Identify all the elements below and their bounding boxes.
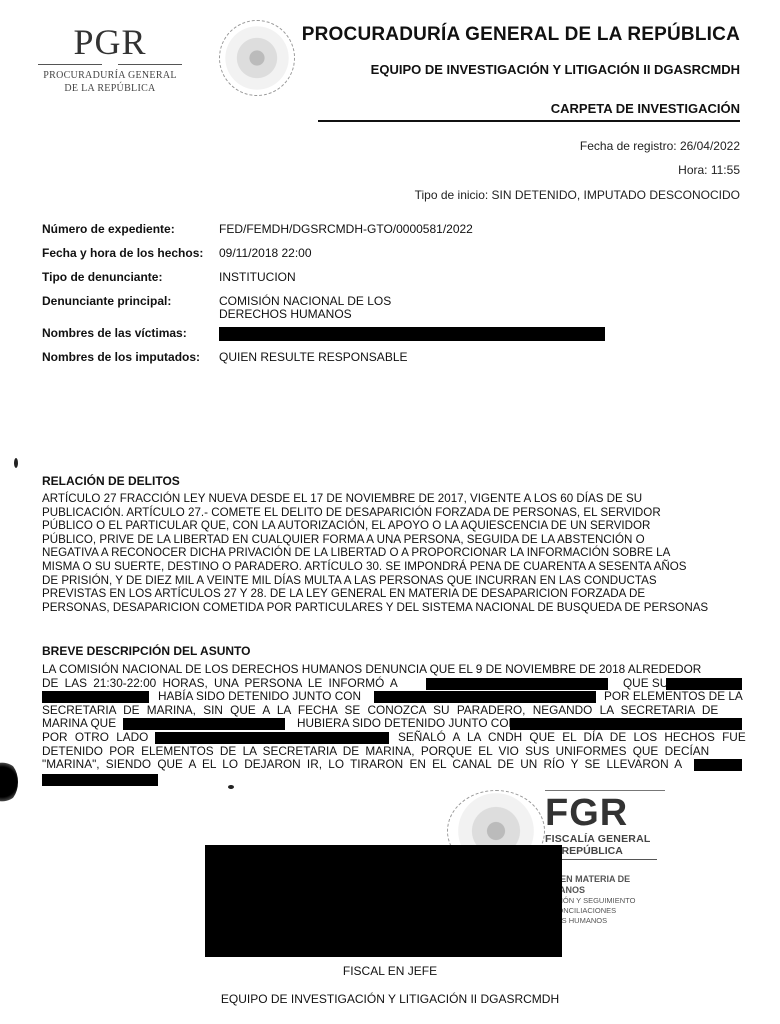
scan-artifact	[0, 760, 18, 804]
redaction-box	[426, 678, 608, 690]
paragraph-line: PÚBLICO O EL PARTICULAR QUE, CON LA AUTO…	[42, 519, 742, 533]
paragraph-line: "MARINA", SIENDO QUE A EL LO DEJARON IR,…	[42, 758, 742, 772]
pgr-logo-initials: PGR	[38, 22, 182, 62]
section-title-delitos: RELACIÓN DE DELITOS	[42, 474, 180, 488]
meta-row-fecha-hechos: Fecha y hora de los hechos: 09/11/2018 2…	[42, 247, 619, 265]
scan-artifact	[228, 785, 234, 789]
start-type: Tipo de inicio: SIN DETENIDO, IMPUTADO D…	[415, 188, 740, 202]
meta-label: Número de expediente:	[42, 223, 219, 241]
paragraph-line: DE PRISIÓN, Y DE DIEZ MIL A VEINTE MIL D…	[42, 574, 742, 588]
paragraph-line: PREVISTAS EN LOS ARTÍCULOS 27 Y 28. DE L…	[42, 587, 742, 601]
paragraph-line: NEGATIVA A RECONOCER DICHA PRIVACIÓN DE …	[42, 546, 742, 560]
text-segment: SEÑALÓ A LA CNDH QUE EL DÍA DE LOS HECHO…	[398, 731, 746, 745]
text-segment: DETENIDO POR ELEMENTOS DE LA SECRETARIA …	[42, 745, 709, 759]
paragraph-line	[42, 772, 742, 786]
coat-of-arms-seal-icon	[219, 20, 295, 96]
text-segment: HUBIERA SIDO DETENIDO JUNTO CON	[297, 717, 517, 731]
meta-label: Tipo de denunciante:	[42, 271, 219, 289]
text-segment: POR ELEMENTOS DE LA	[604, 690, 743, 704]
paragraph-line: PUBLICACIÓN. ARTÍCULO 27.- COMETE EL DEL…	[42, 506, 742, 520]
meta-value: COMISIÓN NACIONAL DE LOS DERECHOS HUMANO…	[219, 295, 619, 321]
meta-value: FED/FEMDH/DGSRCMDH-GTO/0000581/2022	[219, 223, 619, 241]
header-divider	[318, 120, 740, 122]
meta-row-imputados: Nombres de los imputados: QUIEN RESULTE …	[42, 351, 619, 369]
section-title-descripcion: BREVE DESCRIPCIÓN DEL ASUNTO	[42, 644, 250, 658]
text-segment: QUE SU	[623, 677, 668, 691]
stamp-line: DA EN MATERIA DE	[545, 874, 695, 885]
meta-value: 09/11/2018 22:00	[219, 247, 619, 265]
text-segment: DE LAS 21:30-22:00 HORAS, UNA PERSONA LE…	[42, 677, 398, 691]
paragraph-line: MISMA O SU SUERTE, DESTINO O PARADERO. A…	[42, 560, 742, 574]
meta-label: Nombres de las víctimas:	[42, 327, 219, 345]
team-subtitle: EQUIPO DE INVESTIGACIÓN Y LITIGACIÓN II …	[371, 62, 740, 77]
signer-role: FISCAL EN JEFE	[0, 964, 780, 978]
pgr-logo: PGR PROCURADURÍA GENERAL DE LA REPÚBLICA	[38, 22, 182, 95]
paragraph-line: MARINA QUE HUBIERA SIDO DETENIDO JUNTO C…	[42, 717, 742, 731]
paragraph-line: ARTÍCULO 27 FRACCIÓN LEY NUEVA DESDE EL …	[42, 492, 742, 506]
pgr-logo-rule	[38, 64, 182, 65]
paragraph-line: PERSONAS, DESAPARICION COMETIDA POR PART…	[42, 601, 742, 615]
meta-label: Denunciante principal:	[42, 295, 219, 321]
paragraph-line: DETENIDO POR ELEMENTOS DE LA SECRETARIA …	[42, 745, 742, 759]
meta-value	[219, 327, 619, 345]
stamp-line: CHOS HUMANOS	[545, 916, 695, 926]
redaction-box	[374, 691, 596, 703]
registration-time: Hora: 11:55	[678, 163, 740, 177]
delitos-paragraph: ARTÍCULO 27 FRACCIÓN LEY NUEVA DESDE EL …	[42, 492, 742, 614]
paragraph-line: DE LAS 21:30-22:00 HORAS, UNA PERSONA LE…	[42, 677, 742, 691]
meta-row-denunciante: Denunciante principal: COMISIÓN NACIONAL…	[42, 295, 619, 321]
text-segment: POR OTRO LADO	[42, 731, 148, 745]
stamp-line: Y CONCILIACIONES	[545, 906, 695, 916]
redaction-box	[666, 678, 742, 690]
redaction-box	[155, 732, 389, 744]
meta-value: QUIEN RESULTE RESPONSABLE	[219, 351, 619, 369]
scan-artifact	[14, 458, 18, 468]
paragraph-line: LA COMISIÓN NACIONAL DE LOS DERECHOS HUM…	[42, 663, 742, 677]
stamp-rule	[545, 790, 665, 791]
paragraph-line: POR OTRO LADO SEÑALÓ A LA CNDH QUE EL DÍ…	[42, 731, 742, 745]
meta-label: Fecha y hora de los hechos:	[42, 247, 219, 265]
redaction-box	[219, 327, 605, 341]
meta-row-tipo-denunciante: Tipo de denunciante: INSTITUCION	[42, 271, 619, 289]
text-segment: HABÍA SIDO DETENIDO JUNTO CON	[158, 690, 361, 704]
text-segment: "MARINA", SIENDO QUE A EL LO DEJARON IR,…	[42, 758, 682, 772]
paragraph-line: SECRETARIA DE MARINA, SIN QUE A LA FECHA…	[42, 704, 742, 718]
redaction-box	[510, 718, 742, 730]
text-segment: SECRETARIA DE MARINA, SIN QUE A LA FECHA…	[42, 704, 718, 718]
signer-unit: EQUIPO DE INVESTIGACIÓN Y LITIGACIÓN II …	[0, 992, 780, 1006]
meta-row-expediente: Número de expediente: FED/FEMDH/DGSRCMDH…	[42, 223, 619, 241]
meta-row-victimas: Nombres de las víctimas:	[42, 327, 619, 345]
pgr-logo-line1: PROCURADURÍA GENERAL	[38, 69, 182, 82]
redaction-box	[123, 718, 285, 730]
institution-title: PROCURADURÍA GENERAL DE LA REPÚBLICA	[302, 24, 740, 46]
meta-label: Nombres de los imputados:	[42, 351, 219, 369]
stamp-line: FISCALÍA GENERAL	[545, 833, 695, 845]
document-type: CARPETA DE INVESTIGACIÓN	[551, 101, 740, 116]
case-metadata: Número de expediente: FED/FEMDH/DGSRCMDH…	[42, 223, 619, 375]
description-paragraph: LA COMISIÓN NACIONAL DE LOS DERECHOS HUM…	[42, 663, 742, 785]
fgr-initials: FGR	[545, 793, 695, 833]
redacted-signature	[205, 845, 562, 957]
text-segment: MARINA QUE	[42, 717, 116, 731]
meta-value: INSTITUCION	[219, 271, 619, 289]
redaction-box	[694, 759, 742, 771]
pgr-logo-line2: DE LA REPÚBLICA	[38, 82, 182, 95]
registration-date: Fecha de registro: 26/04/2022	[580, 139, 740, 153]
paragraph-line: HABÍA SIDO DETENIDO JUNTO CON POR ELEMEN…	[42, 690, 742, 704]
meta-value-line2: DERECHOS HUMANOS	[219, 308, 619, 321]
redaction-box	[42, 691, 149, 703]
paragraph-line: PÚBLICO, PRIVE DE LA LIBERTAD EN CUALQUI…	[42, 533, 742, 547]
stamp-line: UMANOS	[545, 885, 695, 896]
fgr-stamp: FGR FISCALÍA GENERAL LA REPÚBLICA DA EN …	[545, 790, 695, 926]
stamp-line: ENCIÓN Y SEGUIMIENTO	[545, 896, 695, 906]
redaction-box	[42, 774, 158, 786]
text-segment: LA COMISIÓN NACIONAL DE LOS DERECHOS HUM…	[42, 663, 701, 677]
